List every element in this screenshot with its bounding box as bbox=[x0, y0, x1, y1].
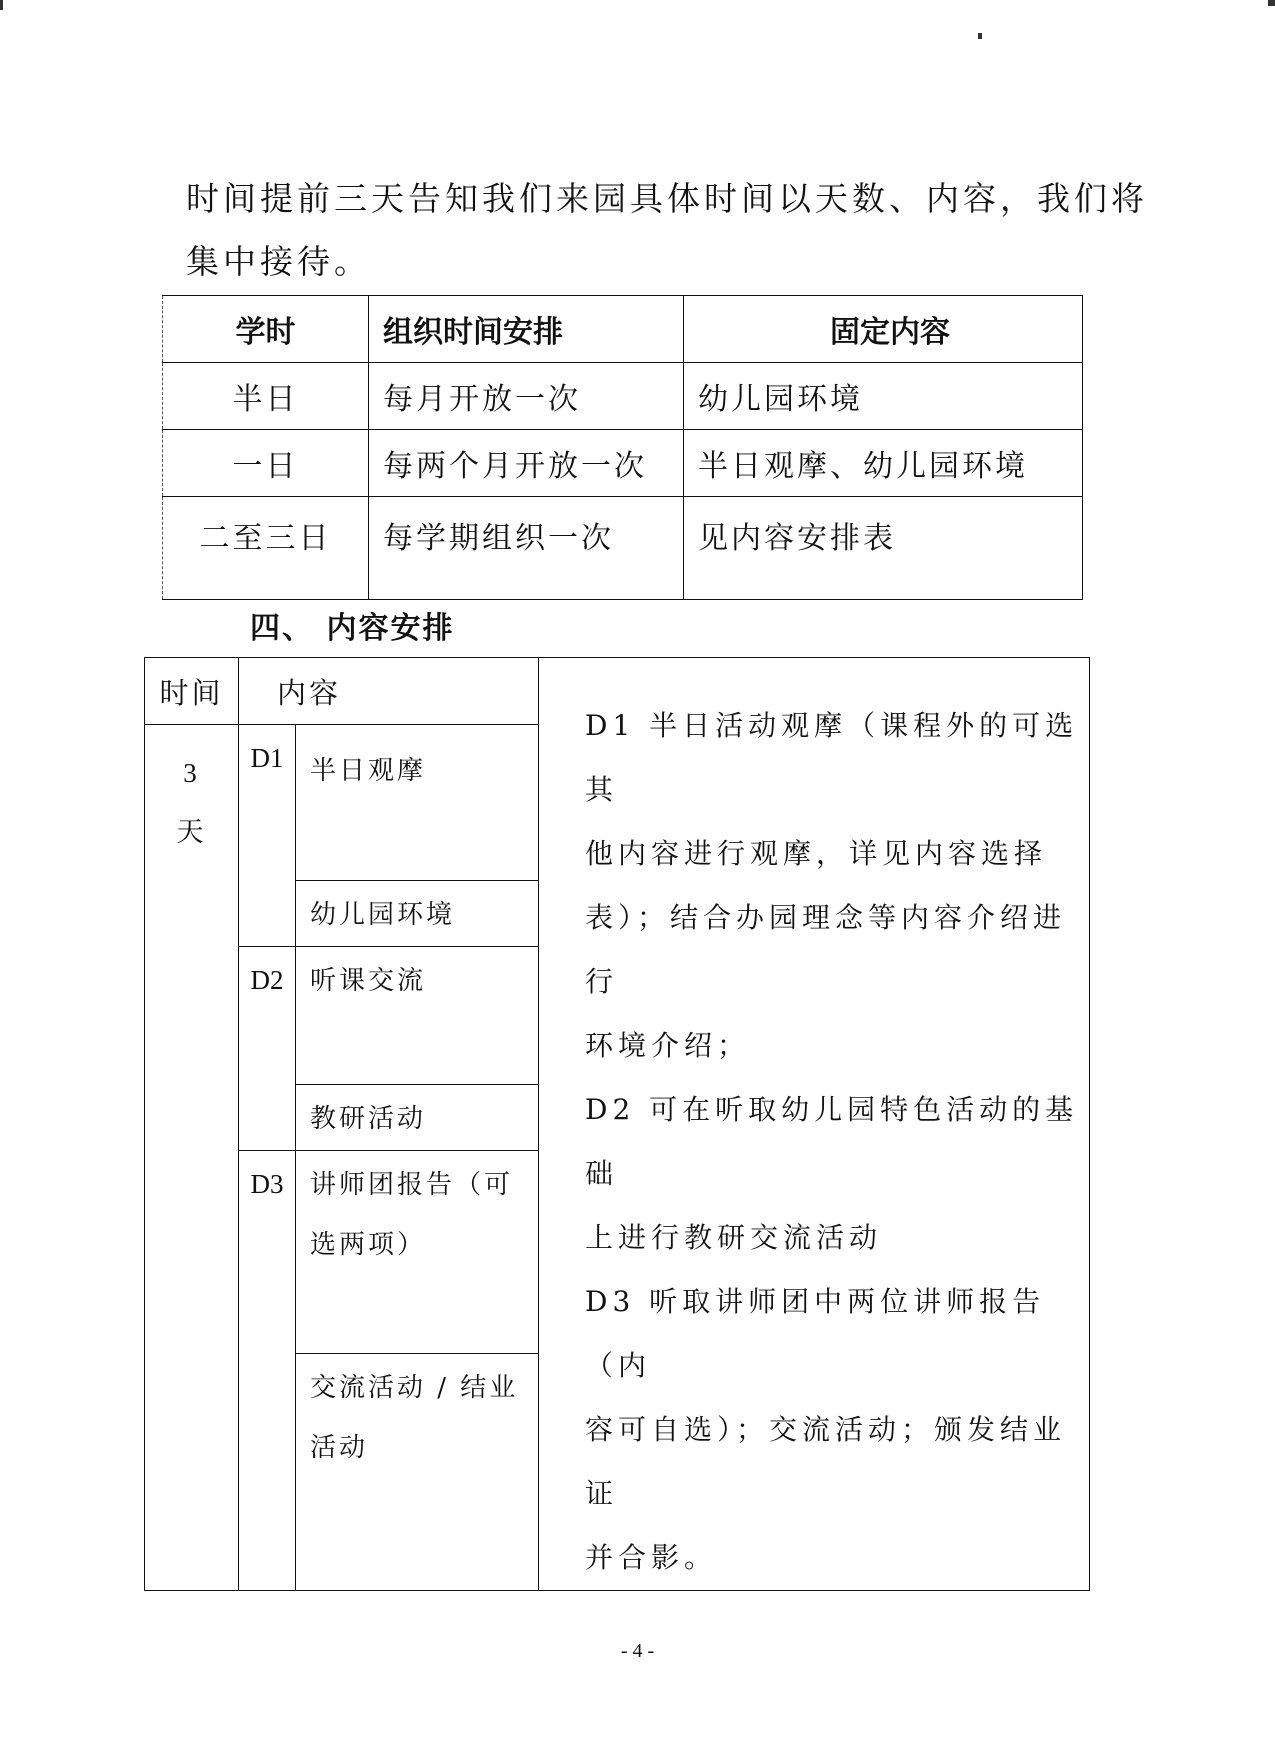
schedule-table-header: 学时 组织时间安排 固定内容 bbox=[163, 296, 1083, 363]
header-time: 时间 bbox=[145, 658, 239, 725]
cell-content: 半日观摩、幼儿园环境 bbox=[684, 430, 1083, 497]
intro-line-1: 时间提前三天告知我们来园具体时间以天数、内容，我们将 bbox=[186, 182, 1148, 215]
day-item: 幼儿园环境 bbox=[296, 881, 539, 947]
description-line: D3 听取讲师团中两位讲师报告（内 bbox=[585, 1270, 1079, 1398]
day-item: 教研活动 bbox=[296, 1085, 539, 1151]
content-table: 时间 内容 D1 半日活动观摩（课程外的可选其 他内容进行观摩，详见内容选择 表… bbox=[144, 657, 1090, 1591]
description-line: D1 半日活动观摩（课程外的可选其 bbox=[585, 694, 1079, 822]
description-line: 上进行教研交流活动 bbox=[585, 1206, 1079, 1270]
cell-arrangement: 每月开放一次 bbox=[369, 363, 684, 430]
description-line: 并合影。 bbox=[585, 1526, 1079, 1590]
scan-artifact bbox=[0, 0, 3, 10]
cell-arrangement: 每学期组织一次 bbox=[369, 497, 684, 600]
intro-line-2: 集中接待。 bbox=[186, 245, 371, 278]
day-item: 讲师团报告（可选两项） bbox=[296, 1151, 539, 1354]
description-cell: D1 半日活动观摩（课程外的可选其 他内容进行观摩，详见内容选择 表）；结合办园… bbox=[539, 658, 1090, 1591]
scan-artifact bbox=[1268, 0, 1275, 6]
day-item: 半日观摩 bbox=[296, 725, 539, 881]
day-label-d2: D2 bbox=[239, 947, 296, 1151]
description-line: 环境介绍； bbox=[585, 1014, 1079, 1078]
table-row: 二至三日 每学期组织一次 见内容安排表 bbox=[163, 497, 1083, 600]
header-content: 内容 bbox=[239, 658, 539, 725]
header-fixed-content: 固定内容 bbox=[684, 296, 1083, 363]
cell-hours: 一日 bbox=[163, 430, 369, 497]
header-hours: 学时 bbox=[163, 296, 369, 363]
description-line: 容可自选）；交流活动；颁发结业证 bbox=[585, 1398, 1079, 1526]
header-arrangement: 组织时间安排 bbox=[369, 296, 684, 363]
cell-hours: 二至三日 bbox=[163, 497, 369, 600]
duration-unit: 天 bbox=[145, 803, 238, 863]
description-line: D2 可在听取幼儿园特色活动的基础 bbox=[585, 1078, 1079, 1206]
content-table-header: 时间 内容 D1 半日活动观摩（课程外的可选其 他内容进行观摩，详见内容选择 表… bbox=[145, 658, 1090, 725]
duration-number: 3 bbox=[145, 743, 238, 803]
scan-artifact bbox=[978, 33, 982, 39]
cell-content: 见内容安排表 bbox=[684, 497, 1083, 600]
schedule-table: 学时 组织时间安排 固定内容 半日 每月开放一次 幼儿园环境 一日 每两个月开放… bbox=[162, 295, 1083, 600]
table-row: 半日 每月开放一次 幼儿园环境 bbox=[163, 363, 1083, 430]
day-label-d1: D1 bbox=[239, 725, 296, 947]
day-item: 交流活动 / 结业活动 bbox=[296, 1354, 539, 1591]
cell-content: 幼儿园环境 bbox=[684, 363, 1083, 430]
cell-arrangement: 每两个月开放一次 bbox=[369, 430, 684, 497]
day-item: 听课交流 bbox=[296, 947, 539, 1085]
table-row: 一日 每两个月开放一次 半日观摩、幼儿园环境 bbox=[163, 430, 1083, 497]
cell-hours: 半日 bbox=[163, 363, 369, 430]
day-label-d3: D3 bbox=[239, 1151, 296, 1591]
duration-cell: 3 天 bbox=[145, 725, 239, 1591]
description-line: 他内容进行观摩，详见内容选择 bbox=[585, 822, 1079, 886]
description-line: 表）；结合办园理念等内容介绍进行 bbox=[585, 886, 1079, 1014]
page-number: - 4 - bbox=[0, 1640, 1275, 1663]
section-heading: 四、 内容安排 bbox=[250, 603, 454, 647]
